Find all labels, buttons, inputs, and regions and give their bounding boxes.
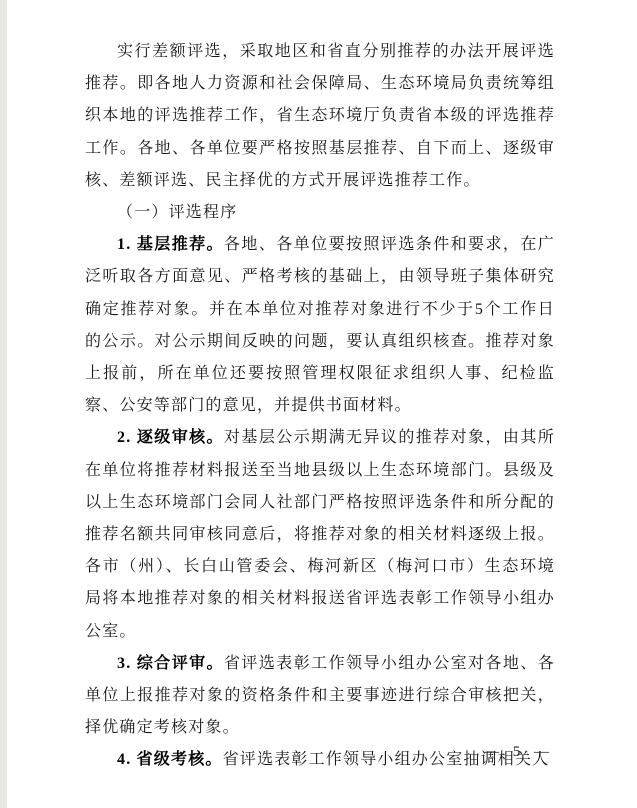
page-number: — 5 —	[484, 744, 564, 761]
document-page: 实行差额评选，采取地区和省直分别推荐的办法开展评选推荐。即各地人力资源和社会保障…	[0, 0, 637, 808]
numbered-paragraph-2-text: 对基层公示期满无异议的推荐对象，由其所在单位将推荐材料报送至当地县级以上生态环境…	[85, 429, 555, 639]
numbered-paragraph-1-lead: 1. 基层推荐。	[117, 236, 224, 253]
numbered-paragraph-3-lead: 3. 综合评审。	[117, 655, 224, 672]
numbered-paragraph-2: 2. 逐级审核。对基层公示期满无异议的推荐对象，由其所在单位将推荐材料报送至当地…	[85, 422, 555, 647]
numbered-paragraph-1: 1. 基层推荐。各地、各单位要按照评选条件和要求，在广泛听取各方面意见、严格考核…	[85, 229, 555, 422]
section-heading: （一）评选程序	[85, 197, 555, 229]
scan-edge-shadow	[0, 0, 7, 808]
numbered-paragraph-3: 3. 综合评审。省评选表彰工作领导小组办公室对各地、各单位上报推荐对象的资格条件…	[85, 648, 555, 745]
numbered-paragraph-4-lead: 4. 省级考核。	[117, 751, 223, 768]
paragraph-intro: 实行差额评选，采取地区和省直分别推荐的办法开展评选推荐。即各地人力资源和社会保障…	[85, 36, 555, 197]
numbered-paragraph-1-text: 各地、各单位要按照评选条件和要求，在广泛听取各方面意见、严格考核的基础上，由领导…	[85, 236, 555, 414]
document-body: 实行差额评选，采取地区和省直分别推荐的办法开展评选推荐。即各地人力资源和社会保障…	[85, 36, 555, 777]
numbered-paragraph-2-lead: 2. 逐级审核。	[117, 429, 224, 446]
